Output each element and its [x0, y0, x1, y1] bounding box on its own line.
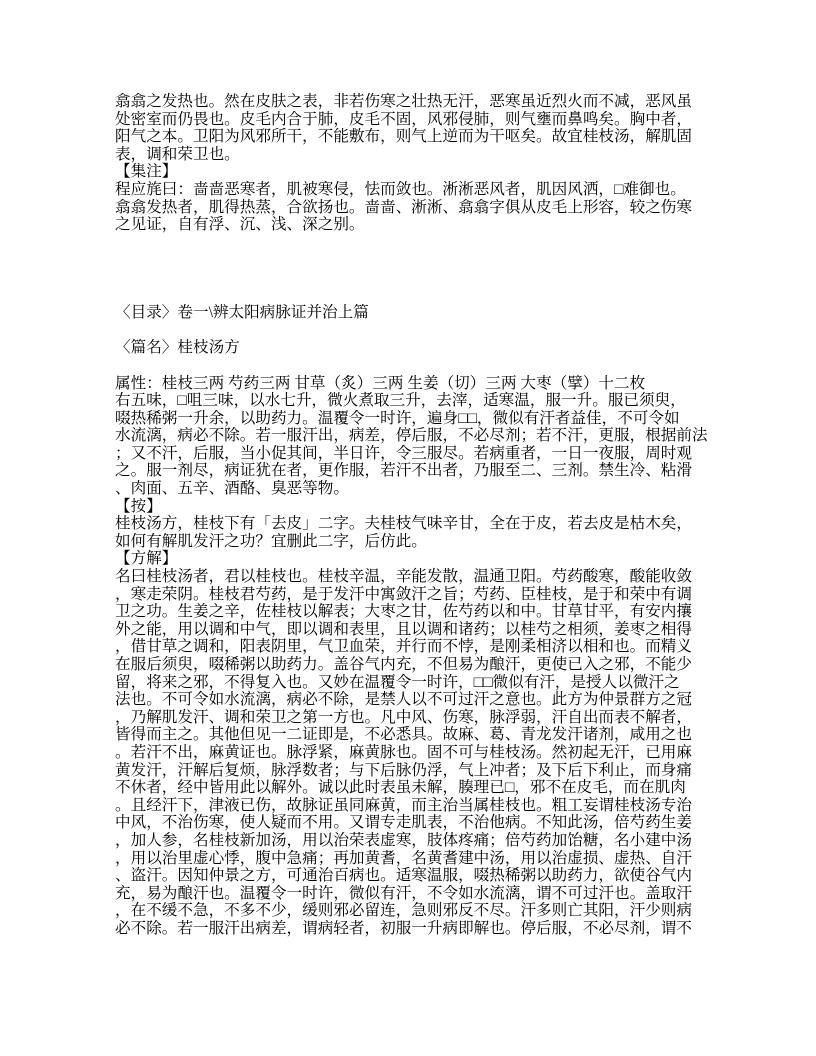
text-line: 名曰桂枝汤者，君以桂枝也。桂枝辛温，辛能发散，温通卫阳。芍药酸寒，酸能收敛 — [115, 568, 715, 586]
text-line — [115, 322, 715, 340]
text-line: 、盗汗。因知仲景之方，可通治百病也。适寒温服，啜热稀粥以助药力，欲使谷气内 — [115, 867, 715, 885]
text-line: 中风，不治伤寒，使人疑而不用。又谓专走肌表，不治他病。不知此汤，倍芍药生姜 — [115, 814, 715, 832]
text-line: ，在不缓不急，不多不少，缓则邪必留连，急则邪反不尽。汗多则亡其阳，汗少则病 — [115, 902, 715, 920]
text-line: 【集注】 — [115, 163, 715, 181]
text-line: 皆得而主之。其他但见一二证即是，不必悉具。故麻、葛、青龙发汗诸剂，咸用之也 — [115, 726, 715, 744]
text-line: 〈篇名〉桂枝汤方 — [115, 339, 715, 357]
text-line: 。若汗不出，麻黄证也。脉浮紧，麻黄脉也。固不可与桂枝汤。然初起无汗，已用麻 — [115, 744, 715, 762]
text-line: 之见证，自有浮、沉、浅、深之别。 — [115, 216, 715, 234]
text-line: ，乃解肌发汗、调和荣卫之第一方也。凡中风、伤寒，脉浮弱，汗自出而表不解者， — [115, 709, 715, 727]
text-line: 翕翕之发热也。然在皮肤之表，非若伤寒之壮热无汗，恶寒虽近烈火而不减，恶风虽 — [115, 93, 715, 111]
document-text-block: 翕翕之发热也。然在皮肤之表，非若伤寒之壮热无汗，恶寒虽近烈火而不减，恶风虽处密室… — [115, 93, 715, 938]
text-line: 法也。不可令如水流漓，病必不除，是禁人以不可过汗之意也。此方为仲景群方之冠 — [115, 691, 715, 709]
text-line: 桂枝汤方，桂枝下有「去皮」二字。夫桂枝气味辛甘，全在于皮，若去皮是枯木矣， — [115, 515, 715, 533]
text-line: ，借甘草之调和，阳表阴里，气卫血荣，并行而不悖，是刚柔相济以相和也。而精义 — [115, 638, 715, 656]
text-line: 表，调和荣卫也。 — [115, 146, 715, 164]
text-line: 。且经汗下，津液已伤，故脉证虽同麻黄，而主治当属桂枝也。粗工妄谓桂枝汤专治 — [115, 797, 715, 815]
text-line — [115, 251, 715, 269]
text-line: 充，易为酿汗也。温覆令一时许，微似有汗，不令如水流漓，谓不可过汗也。盖取汗 — [115, 885, 715, 903]
text-line — [115, 357, 715, 375]
text-line: 啜热稀粥一升余，以助药力。温覆令一时许，遍身□□，微似有汗者益佳，不可令如 — [115, 410, 715, 428]
text-line: ，用以治里虚心悸，腹中急痛；再加黄耆，名黄耆建中汤，用以治虚损、虚热、自汗 — [115, 850, 715, 868]
text-line: 不休者，经中皆用此以解外。诚以此时表虽未解，腠理已□，邪不在皮毛，而在肌肉 — [115, 779, 715, 797]
text-line: 黄发汗，汗解后复烦，脉浮数者；与下后脉仍浮，气上冲者；及下后下利止，而身痛 — [115, 762, 715, 780]
document-page: 翕翕之发热也。然在皮肤之表，非若伤寒之壮热无汗，恶寒虽近烈火而不减，恶风虽处密室… — [0, 0, 816, 1056]
text-line: 属性：桂枝三两 芍药三两 甘草（炙）三两 生姜（切）三两 大枣（擘）十二枚 — [115, 375, 715, 393]
text-line: ；又不汗，后服，当小促其间，半日许，令三服尽。若病重者，一日一夜服，周时观 — [115, 445, 715, 463]
text-line: 程应旄曰：啬啬恶寒者，肌被寒侵，怯而敛也。淅淅恶风者，肌因风洒，□难御也。 — [115, 181, 715, 199]
text-line — [115, 234, 715, 252]
text-line: 卫之功。生姜之辛，佐桂枝以解表；大枣之甘，佐芍药以和中。甘草甘平，有安内攘 — [115, 603, 715, 621]
text-line: 翕翕发热者，肌得热蒸，合欲扬也。啬啬、淅淅、翕翕字俱从皮毛上形容，较之伤寒 — [115, 199, 715, 217]
text-line: 如何有解肌发汗之功？宜删此二字，后仿此。 — [115, 533, 715, 551]
text-line: 、肉面、五辛、酒酪、臭恶等物。 — [115, 480, 715, 498]
text-line: 水流漓，病必不除。若一服汗出，病差，停后服，不必尽剂；若不汗，更服，根据前法 — [115, 427, 715, 445]
text-line: 阳气之本。卫阳为风邪所干，不能敷布，则气上逆而为干呕矣。故宜桂枝汤，解肌固 — [115, 128, 715, 146]
text-line — [115, 287, 715, 305]
text-line: 处密室而仍畏也。皮毛内合于肺，皮毛不固，风邪侵肺，则气壅而鼻鸣矣。胸中者， — [115, 111, 715, 129]
text-line: 留，将来之邪，不得复入也。又妙在温覆令一时许，□□微似有汗，是授人以微汗之 — [115, 674, 715, 692]
text-line: ，加人参，名桂枝新加汤，用以治荣表虚寒，肢体疼痛；倍芍药加饴糖，名小建中汤 — [115, 832, 715, 850]
text-line — [115, 269, 715, 287]
text-line: ，寒走荣阴。桂枝君芍药，是于发汗中寓敛汗之旨；芍药、臣桂枝，是于和荣中有调 — [115, 586, 715, 604]
text-line: 〈目录〉卷一\辨太阳病脉证并治上篇 — [115, 304, 715, 322]
text-line: 外之能，用以调和中气，即以调和表里，且以调和诸药；以桂芍之相须，姜枣之相得 — [115, 621, 715, 639]
text-line: 必不除。若一服汗出病差，谓病轻者，初服一升病即解也。停后服，不必尽剂，谓不 — [115, 920, 715, 938]
text-line: 在服后须臾，啜稀粥以助药力。盖谷气内充，不但易为酿汗，更使已入之邪，不能少 — [115, 656, 715, 674]
text-line: 之。服一剂尽，病证犹在者，更作服，若汗不出者，乃服至二、三剂。禁生冷、粘滑 — [115, 462, 715, 480]
text-line: 右五味，□咀三味，以水七升，微火煮取三升，去滓，适寒温，服一升。服已须臾， — [115, 392, 715, 410]
text-line: 【方解】 — [115, 550, 715, 568]
text-line: 【按】 — [115, 498, 715, 516]
